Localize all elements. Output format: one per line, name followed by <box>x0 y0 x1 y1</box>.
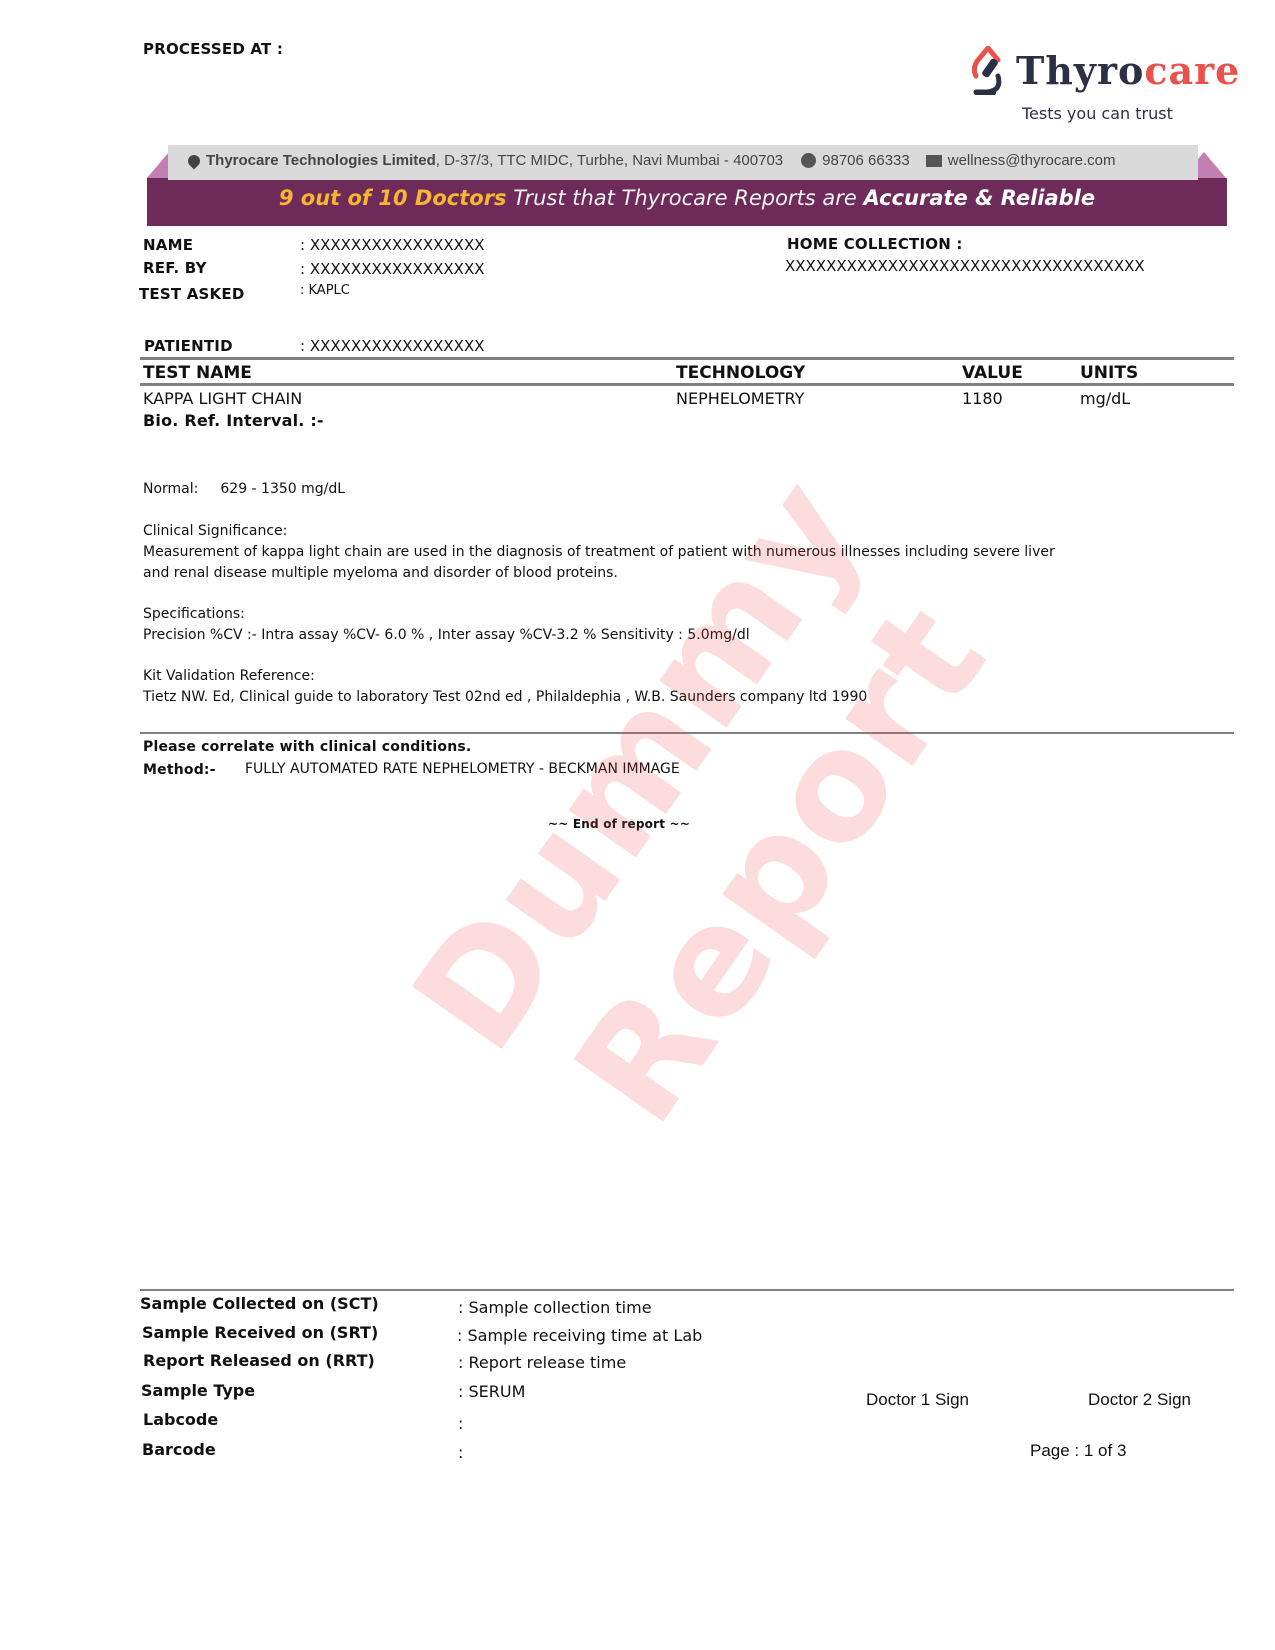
col-value: VALUE <box>962 363 1023 383</box>
doctor-2-sign: Doctor 2 Sign <box>1088 1390 1191 1410</box>
company-address: , D-37/3, TTC MIDC, Turbhe, Navi Mumbai … <box>436 152 783 169</box>
patient-id-label: PATIENTID <box>144 337 233 355</box>
email-address: wellness@thyrocare.com <box>948 152 1116 169</box>
ref-by-label: REF. BY <box>143 259 207 277</box>
correlate-note: Please correlate with clinical condition… <box>143 739 471 755</box>
home-collection-label: HOME COLLECTION : <box>787 235 963 253</box>
srt-label: Sample Received on (SRT) <box>142 1323 378 1342</box>
test-asked-value: : KAPLC <box>300 283 350 298</box>
home-collection-value: XXXXXXXXXXXXXXXXXXXXXXXXXXXXXXXXXXX <box>785 257 1145 275</box>
ref-by-value: : XXXXXXXXXXXXXXXXX <box>300 260 485 278</box>
sample-type-label: Sample Type <box>141 1381 255 1400</box>
labcode-value: : <box>458 1414 463 1433</box>
kit-text: Tietz NW. Ed, Clinical guide to laborato… <box>143 689 867 705</box>
contact-info: Thyrocare Technologies Limited, D-37/3, … <box>188 152 1116 169</box>
patient-id-value: : XXXXXXXXXXXXXXXXX <box>300 337 485 355</box>
microscope-drop-icon <box>968 46 1010 98</box>
sample-type-value: : SERUM <box>458 1382 525 1401</box>
labcode-label: Labcode <box>143 1410 218 1429</box>
clinical-heading: Clinical Significance: <box>143 523 287 539</box>
doctor-1-sign: Doctor 1 Sign <box>866 1390 969 1410</box>
name-value: : XXXXXXXXXXXXXXXXX <box>300 236 485 254</box>
page-number: Page : 1 of 3 <box>1030 1441 1126 1461</box>
dummy-report-watermark: Dummy Report <box>281 305 1140 1324</box>
brand-tagline: Tests you can trust <box>1022 104 1173 123</box>
processed-at-label: PROCESSED AT : <box>143 40 283 58</box>
rrt-label: Report Released on (RRT) <box>143 1351 375 1370</box>
srt-value: : Sample receiving time at Lab <box>457 1326 702 1345</box>
method-label: Method:- <box>143 762 216 778</box>
col-units: UNITS <box>1080 363 1138 383</box>
divider <box>140 1289 1234 1291</box>
spec-heading: Specifications: <box>143 606 245 622</box>
test-name-cell: KAPPA LIGHT CHAIN <box>143 389 302 408</box>
sct-value: : Sample collection time <box>458 1298 652 1317</box>
rrt-value: : Report release time <box>458 1353 626 1372</box>
method-value: FULLY AUTOMATED RATE NEPHELOMETRY - BECK… <box>245 761 680 777</box>
mail-icon <box>926 155 942 167</box>
value-cell: 1180 <box>962 389 1003 408</box>
col-technology: TECHNOLOGY <box>676 363 805 383</box>
spec-text: Precision %CV :- Intra assay %CV- 6.0 % … <box>143 627 750 643</box>
technology-cell: NEPHELOMETRY <box>676 389 804 408</box>
name-label: NAME <box>143 236 193 254</box>
trust-tagline: 9 out of 10 Doctors Trust that Thyrocare… <box>147 186 1227 210</box>
test-asked-label: TEST ASKED <box>139 285 244 303</box>
sct-label: Sample Collected on (SCT) <box>140 1294 379 1313</box>
barcode-label: Barcode <box>142 1440 216 1459</box>
divider <box>140 357 1234 360</box>
end-of-report: ~~ End of report ~~ <box>548 817 690 831</box>
units-cell: mg/dL <box>1080 389 1130 408</box>
divider <box>140 732 1234 734</box>
phone-number: 98706 66333 <box>822 152 910 169</box>
clinical-text-1: Measurement of kappa light chain are use… <box>143 544 1055 560</box>
company-name: Thyrocare Technologies Limited <box>206 152 436 169</box>
bio-ref-label: Bio. Ref. Interval. :- <box>143 411 324 430</box>
col-test-name: TEST NAME <box>143 363 252 383</box>
normal-range: Normal:629 - 1350 mg/dL <box>143 481 345 497</box>
barcode-value: : <box>458 1443 463 1462</box>
divider <box>140 383 1234 386</box>
location-pin-icon <box>186 152 203 169</box>
kit-heading: Kit Validation Reference: <box>143 668 315 684</box>
whatsapp-icon <box>801 153 816 168</box>
brand-logo: Thyrocare <box>1016 48 1240 93</box>
clinical-text-2: and renal disease multiple myeloma and d… <box>143 565 618 581</box>
